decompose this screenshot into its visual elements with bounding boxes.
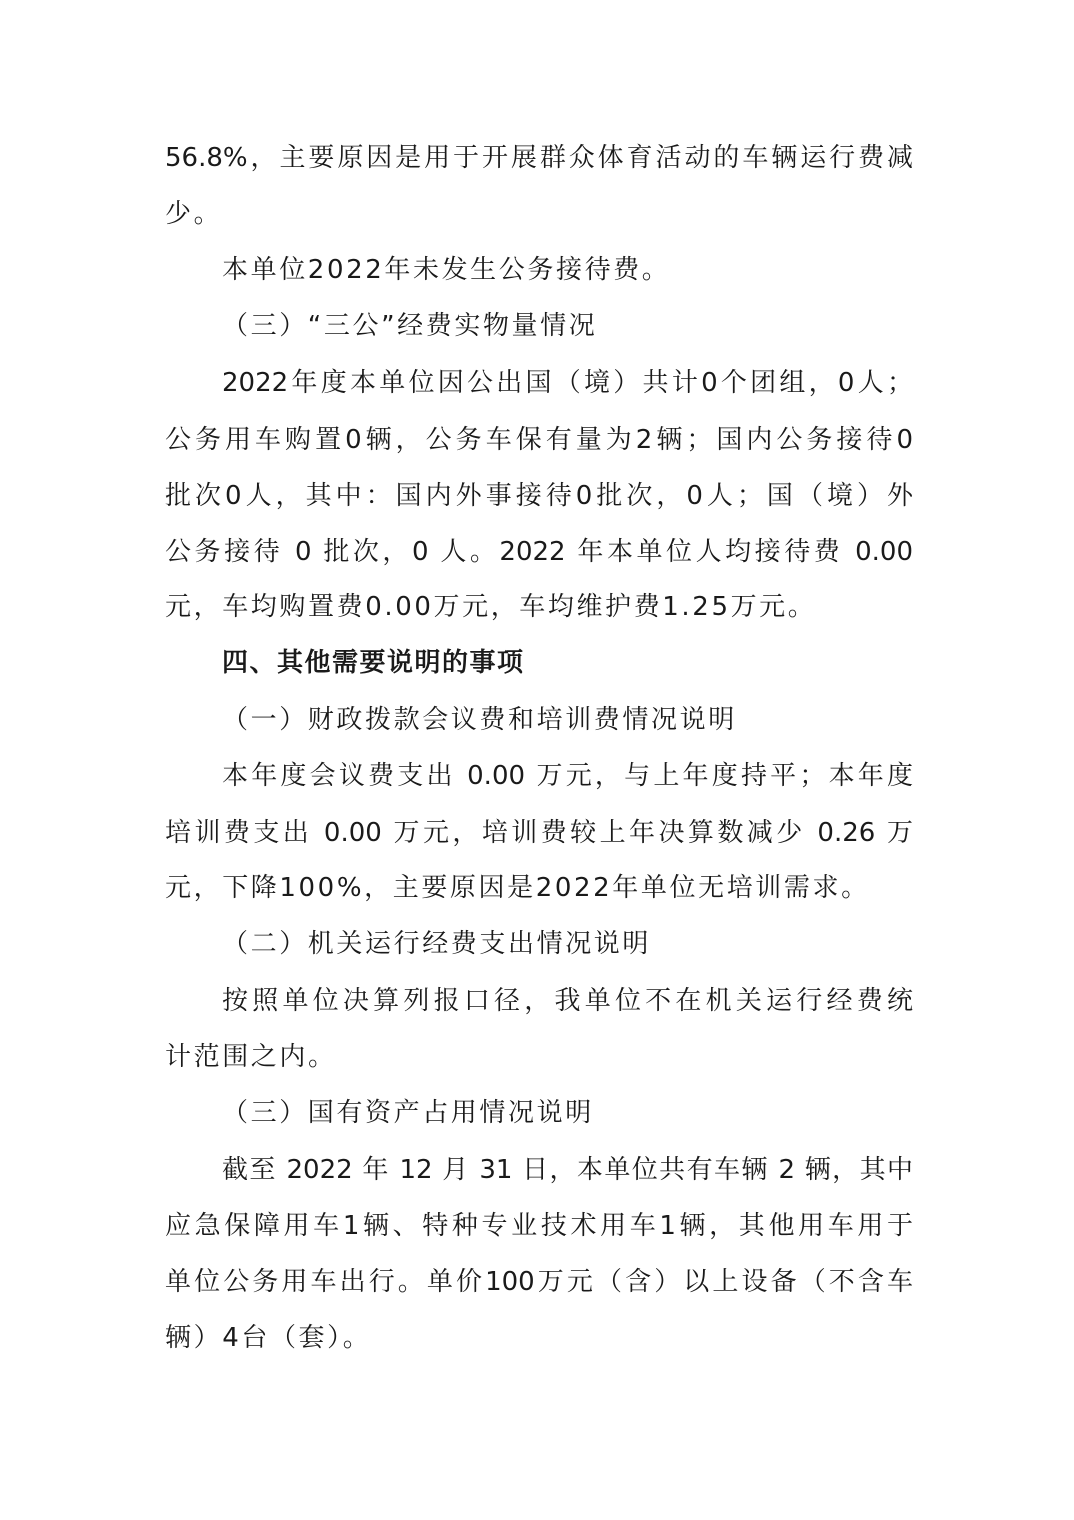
section-heading: 四、其他需要说明的事项 [222,643,913,683]
paragraph-line: 单位公务用车出行。单价100万元（含）以上设备（不含车 [165,1262,913,1302]
paragraph-line: 批次0人，其中：国内外事接待0批次，0人；国（境）外 [165,476,913,516]
paragraph-line: 元，下降100%，主要原因是2022年单位无培训需求。 [165,868,913,908]
paragraph-line: 辆）4台（套）。 [165,1318,913,1358]
paragraph-line: 按照单位决算列报口径，我单位不在机关运行经费统 [222,981,913,1021]
paragraph-line: 2022年度本单位因公出国（境）共计0个团组，0人； [222,363,913,403]
paragraph-line: 少。 [165,194,913,234]
paragraph-line: 计范围之内。 [165,1037,913,1077]
paragraph-line: （二）机关运行经费支出情况说明 [222,924,913,964]
paragraph-line: 本单位2022年未发生公务接待费。 [222,250,913,290]
paragraph-line: 公务用车购置0辆，公务车保有量为2辆；国内公务接待0 [165,420,913,460]
paragraph-line: （三）国有资产占用情况说明 [222,1093,913,1133]
paragraph-line: （一）财政拨款会议费和培训费情况说明 [222,700,913,740]
paragraph-line: 应急保障用车1辆、特种专业技术用车1辆，其他用车用于 [165,1206,913,1246]
paragraph-line: 公务接待 0 批次，0 人。2022 年本单位人均接待费 0.00 [165,532,913,572]
paragraph-line: 56.8%，主要原因是用于开展群众体育活动的车辆运行费减 [165,138,913,178]
paragraph-line: 截至 2022 年 12 月 31 日，本单位共有车辆 2 辆，其中 [222,1150,913,1190]
paragraph-line: 元，车均购置费0.00万元，车均维护费1.25万元。 [165,587,913,627]
paragraph-line: 本年度会议费支出 0.00 万元，与上年度持平；本年度 [222,756,913,796]
paragraph-line: （三）“三公”经费实物量情况 [222,306,913,346]
paragraph-line: 培训费支出 0.00 万元，培训费较上年决算数减少 0.26 万 [165,813,913,853]
document-page: 56.8%，主要原因是用于开展群众体育活动的车辆运行费减少。本单位2022年未发… [0,0,1074,1520]
